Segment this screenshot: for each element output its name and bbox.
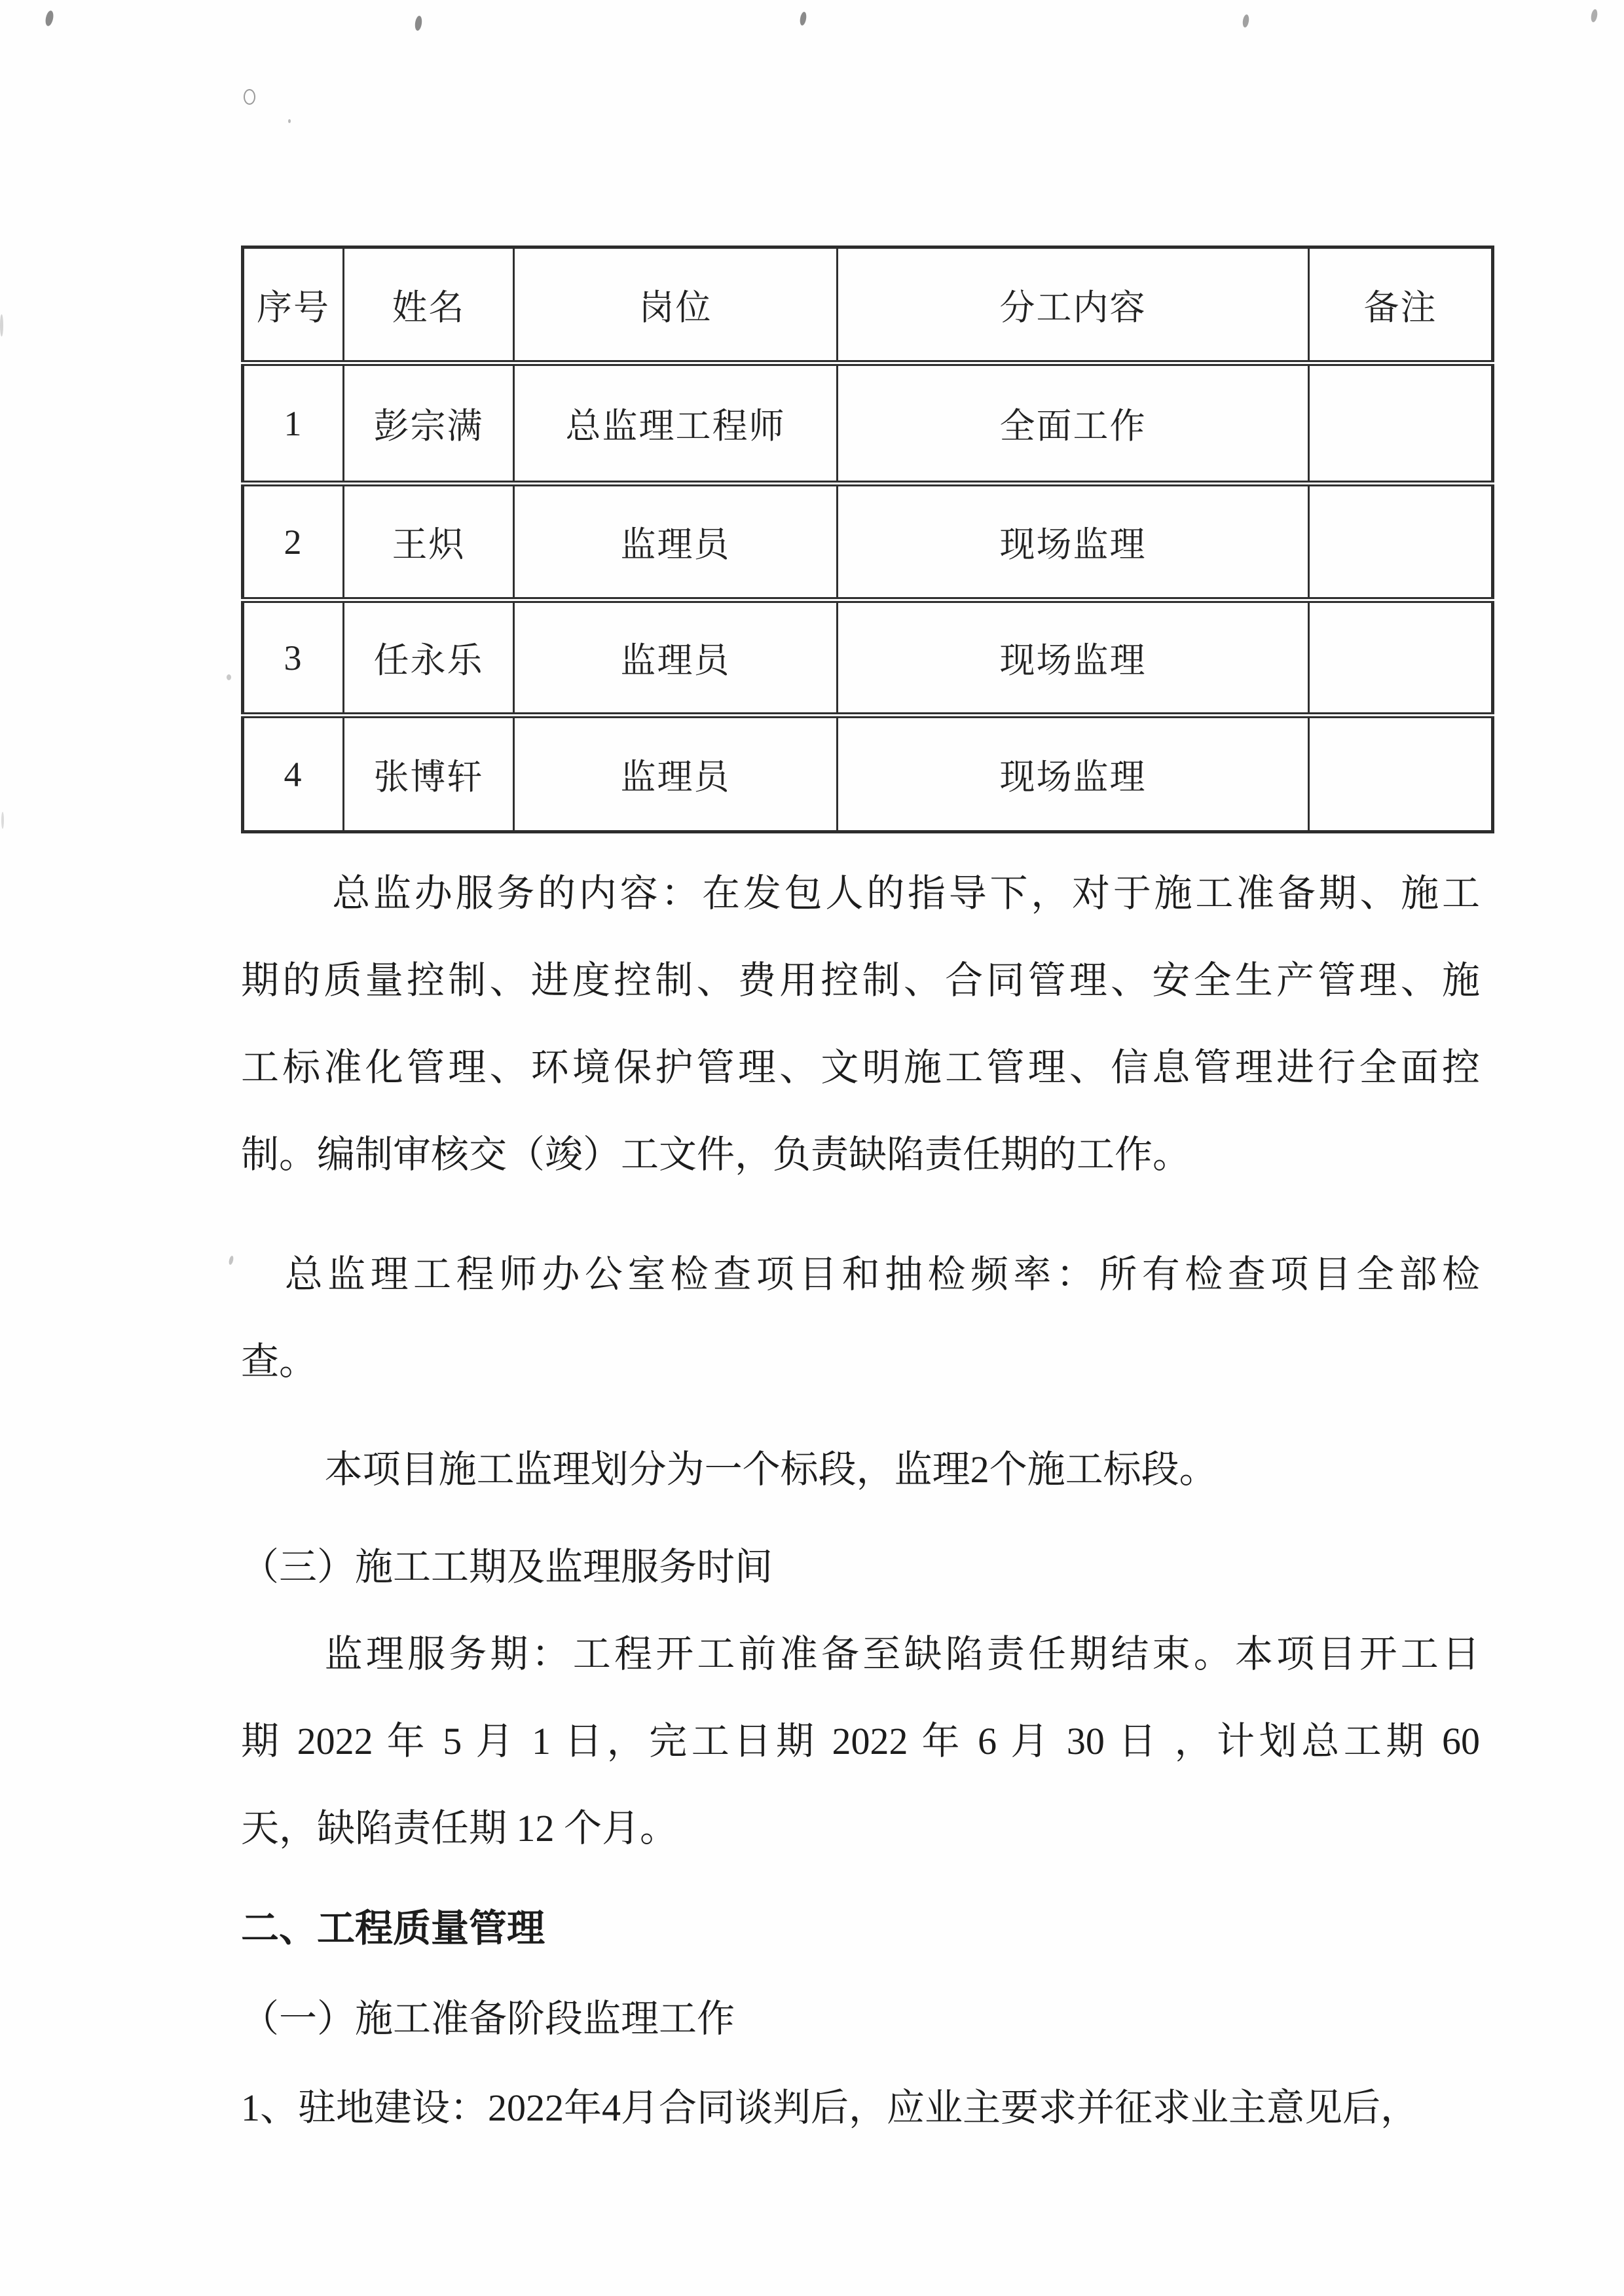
scan-speck bbox=[227, 674, 231, 680]
cell-name: 王炽 bbox=[344, 484, 514, 600]
scan-speck bbox=[288, 119, 291, 123]
scan-speck bbox=[228, 1255, 234, 1265]
text-line: 总监办服务的内容：在发包人的指导下，对于施工准备期、施工 bbox=[241, 850, 1480, 937]
header-cell-name: 姓名 bbox=[344, 247, 514, 363]
header-cell-position: 岗位 bbox=[514, 247, 838, 363]
heading-preparation-stage: （一）施工准备阶段监理工作 bbox=[241, 1975, 1480, 2062]
cell-index: 1 bbox=[243, 363, 344, 484]
paragraph-service-period: 监理服务期：工程开工前准备至缺陷责任期结束。本项目开工日 期 2022 年 5 … bbox=[241, 1611, 1480, 1872]
scan-speck bbox=[0, 314, 3, 337]
scan-speck bbox=[244, 89, 255, 105]
scan-speck bbox=[45, 10, 55, 27]
text-line: 制。编制审核交（竣）工文件，负责缺陷责任期的工作。 bbox=[241, 1111, 1480, 1198]
cell-duty: 现场监理 bbox=[838, 716, 1309, 832]
scan-speck bbox=[414, 15, 422, 31]
cell-remark bbox=[1309, 363, 1493, 484]
document-page: 序号 姓名 岗位 分工内容 备注 1 彭宗满 总监理工程师 全面工作 2 王炽 … bbox=[0, 0, 1624, 2296]
scan-speck bbox=[1590, 9, 1598, 22]
cell-duty: 现场监理 bbox=[838, 484, 1309, 600]
text-line: 监理服务期：工程开工前准备至缺陷责任期结束。本项目开工日 bbox=[241, 1611, 1480, 1698]
cell-name: 彭宗满 bbox=[344, 363, 514, 484]
table-row: 2 王炽 监理员 现场监理 bbox=[243, 484, 1493, 600]
text-line: 二、工程质量管理 bbox=[241, 1885, 1480, 1972]
scan-speck bbox=[1242, 14, 1249, 27]
text-line: 查。 bbox=[241, 1318, 1480, 1405]
text-line: 本项目施工监理划分为一个标段，监理2个施工标段。 bbox=[241, 1426, 1480, 1513]
paragraph-camp-construction: 1、驻地建设：2022年4月合同谈判后，应业主要求并征求业主意见后， bbox=[241, 2064, 1480, 2151]
header-cell-duty: 分工内容 bbox=[838, 247, 1309, 363]
text-line: 1、驻地建设：2022年4月合同谈判后，应业主要求并征求业主意见后， bbox=[241, 2064, 1480, 2151]
scan-speck bbox=[1, 812, 4, 829]
heading-quality-management: 二、工程质量管理 bbox=[241, 1885, 1480, 1972]
cell-remark bbox=[1309, 484, 1493, 600]
cell-position: 监理员 bbox=[514, 716, 838, 832]
cell-position: 总监理工程师 bbox=[514, 363, 838, 484]
document-body: 总监办服务的内容：在发包人的指导下，对于施工准备期、施工 期的质量控制、进度控制… bbox=[241, 830, 1480, 2151]
scan-speck bbox=[799, 11, 807, 26]
paragraph-service-content: 总监办服务的内容：在发包人的指导下，对于施工准备期、施工 期的质量控制、进度控制… bbox=[241, 850, 1480, 1198]
header-cell-remark: 备注 bbox=[1309, 247, 1493, 363]
cell-index: 4 bbox=[243, 716, 344, 832]
table-row: 3 任永乐 监理员 现场监理 bbox=[243, 600, 1493, 716]
staff-table: 序号 姓名 岗位 分工内容 备注 1 彭宗满 总监理工程师 全面工作 2 王炽 … bbox=[241, 246, 1494, 833]
cell-remark bbox=[1309, 600, 1493, 716]
heading-construction-period: （三）施工工期及监理服务时间 bbox=[241, 1523, 1480, 1611]
text-line: 天，缺陷责任期 12 个月。 bbox=[241, 1785, 1480, 1872]
text-line: 期的质量控制、进度控制、费用控制、合同管理、安全生产管理、施 bbox=[241, 937, 1480, 1024]
text-line: 总监理工程师办公室检查项目和抽检频率：所有检查项目全部检 bbox=[241, 1231, 1480, 1318]
text-line: 期 2022 年 5 月 1 日，完工日期 2022 年 6 月 30 日 ，计… bbox=[241, 1698, 1480, 1785]
text-line: 工标准化管理、环境保护管理、文明施工管理、信息管理进行全面控 bbox=[241, 1024, 1480, 1111]
cell-duty: 全面工作 bbox=[838, 363, 1309, 484]
table-row: 4 张博轩 监理员 现场监理 bbox=[243, 716, 1493, 832]
cell-name: 张博轩 bbox=[344, 716, 514, 832]
cell-index: 2 bbox=[243, 484, 344, 600]
table-row: 1 彭宗满 总监理工程师 全面工作 bbox=[243, 363, 1493, 484]
cell-name: 任永乐 bbox=[344, 600, 514, 716]
paragraph-sections: 本项目施工监理划分为一个标段，监理2个施工标段。 bbox=[241, 1426, 1480, 1513]
cell-remark bbox=[1309, 716, 1493, 832]
header-cell-index: 序号 bbox=[243, 247, 344, 363]
cell-position: 监理员 bbox=[514, 484, 838, 600]
table-header-row: 序号 姓名 岗位 分工内容 备注 bbox=[243, 247, 1493, 363]
paragraph-inspection: 总监理工程师办公室检查项目和抽检频率：所有检查项目全部检 查。 bbox=[241, 1231, 1480, 1405]
cell-index: 3 bbox=[243, 600, 344, 716]
cell-position: 监理员 bbox=[514, 600, 838, 716]
cell-duty: 现场监理 bbox=[838, 600, 1309, 716]
text-line: （三）施工工期及监理服务时间 bbox=[241, 1523, 1480, 1611]
text-line: （一）施工准备阶段监理工作 bbox=[241, 1975, 1480, 2062]
